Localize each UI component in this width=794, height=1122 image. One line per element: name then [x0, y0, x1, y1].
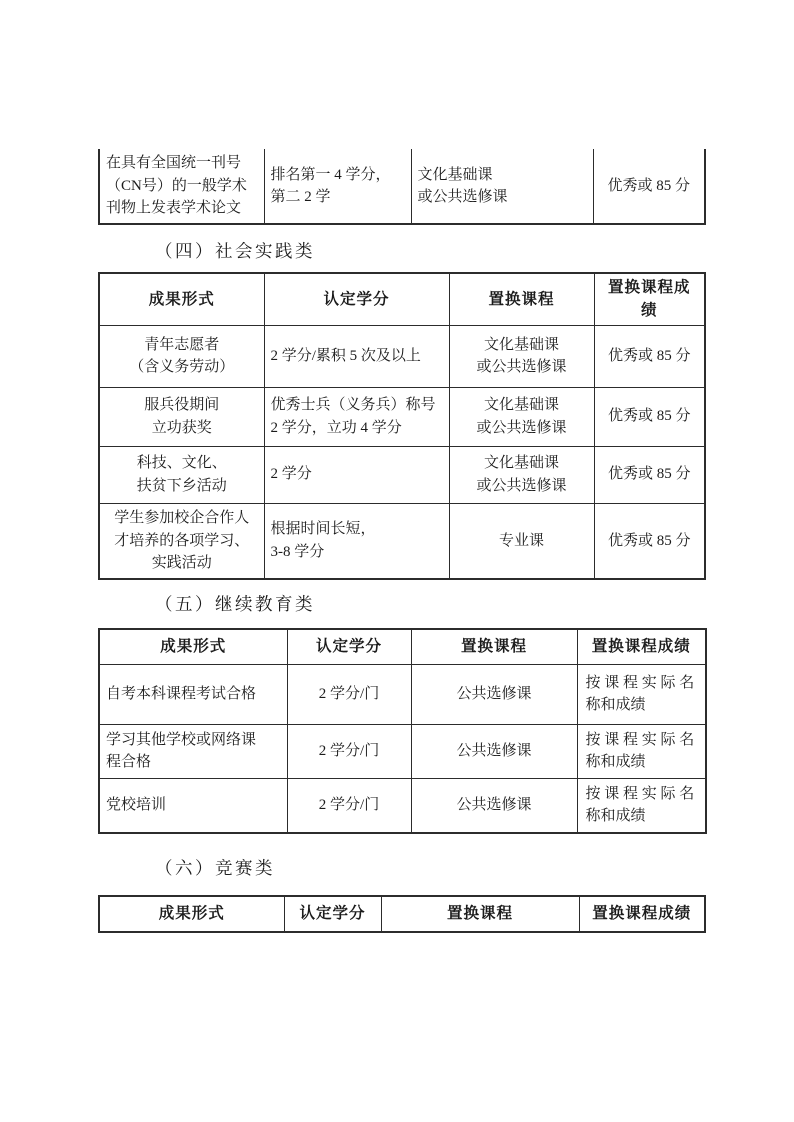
table-header-row: 成果形式 认定学分 置换课程 置换课程成绩 [99, 629, 706, 664]
table-cell: 优秀或 85 分 [594, 325, 705, 387]
table-row: 学习其他学校或网络课 程合格 2 学分/门 公共选修课 按 课 程 实 际 名 … [99, 724, 706, 778]
table-cell: 公共选修课 [411, 664, 577, 724]
table-cell: 优秀士兵（义务兵）称号 2 学分，立功 4 学分 [264, 387, 449, 446]
table-cell: 公共选修课 [411, 778, 577, 833]
table-cell: 2 学分 [264, 446, 449, 503]
table-cell: 党校培训 [99, 778, 287, 833]
column-header: 认定学分 [264, 273, 449, 325]
table-cell: 科技、文化、 扶贫下乡活动 [99, 446, 264, 503]
table-cell: 文化基础课 或公共选修课 [449, 325, 594, 387]
column-header: 置换课程成绩 [594, 273, 705, 325]
table-cell: 文化基础课 或公共选修课 [449, 387, 594, 446]
table-cell: 优秀或 85 分 [594, 446, 705, 503]
table-cell: 排名第一 4 学分， 第二 2 学 [264, 149, 411, 224]
column-header: 成果形式 [99, 896, 284, 932]
table-header-row: 成果形式 认定学分 置换课程 置换课程成绩 [99, 896, 705, 932]
table-row: 党校培训 2 学分/门 公共选修课 按 课 程 实 际 名 称和成绩 [99, 778, 706, 833]
document-page: 在具有全国统一刊号 （CN号）的一般学术 刊物上发表学术论文 排名第一 4 学分… [0, 0, 794, 1122]
table-row: 科技、文化、 扶贫下乡活动 2 学分 文化基础课 或公共选修课 优秀或 85 分 [99, 446, 705, 503]
column-header: 成果形式 [99, 273, 264, 325]
column-header: 置换课程 [411, 629, 577, 664]
table-cell: 2 学分/门 [287, 724, 411, 778]
column-header: 认定学分 [287, 629, 411, 664]
table-cell: 服兵役期间 立功获奖 [99, 387, 264, 446]
table-cell: 专业课 [449, 503, 594, 579]
table-row: 服兵役期间 立功获奖 优秀士兵（义务兵）称号 2 学分，立功 4 学分 文化基础… [99, 387, 705, 446]
table-cell: 学生参加校企合作人 才培养的各项学习、 实践活动 [99, 503, 264, 579]
table-cell: 青年志愿者 （含义务劳动） [99, 325, 264, 387]
table-cell: 2 学分/门 [287, 664, 411, 724]
table-row: 在具有全国统一刊号 （CN号）的一般学术 刊物上发表学术论文 排名第一 4 学分… [99, 149, 705, 224]
table-cell: 按 课 程 实 际 名 称和成绩 [577, 724, 706, 778]
table-row: 学生参加校企合作人 才培养的各项学习、 实践活动 根据时间长短， 3-8 学分 … [99, 503, 705, 579]
column-header: 置换课程 [449, 273, 594, 325]
column-header: 成果形式 [99, 629, 287, 664]
social-practice-table: 成果形式 认定学分 置换课程 置换课程成绩 青年志愿者 （含义务劳动） 2 学分… [98, 272, 706, 580]
table-row: 青年志愿者 （含义务劳动） 2 学分/累积 5 次及以上 文化基础课 或公共选修… [99, 325, 705, 387]
table-header-row: 成果形式 认定学分 置换课程 置换课程成绩 [99, 273, 705, 325]
table-cell: 优秀或 85 分 [594, 387, 705, 446]
continuation-table: 在具有全国统一刊号 （CN号）的一般学术 刊物上发表学术论文 排名第一 4 学分… [98, 149, 706, 225]
section-heading-6: （六）竞赛类 [155, 855, 275, 880]
column-header: 认定学分 [284, 896, 381, 932]
table-row: 自考本科课程考试合格 2 学分/门 公共选修课 按 课 程 实 际 名 称和成绩 [99, 664, 706, 724]
competition-table: 成果形式 认定学分 置换课程 置换课程成绩 [98, 895, 706, 933]
table-cell: 按 课 程 实 际 名 称和成绩 [577, 664, 706, 724]
column-header: 置换课程 [381, 896, 579, 932]
section-heading-5: （五）继续教育类 [155, 591, 315, 616]
table-cell: 2 学分/门 [287, 778, 411, 833]
table-cell: 公共选修课 [411, 724, 577, 778]
table-cell: 2 学分/累积 5 次及以上 [264, 325, 449, 387]
column-header: 置换课程成绩 [577, 629, 706, 664]
table-cell: 优秀或 85 分 [593, 149, 705, 224]
table-cell: 文化基础课 或公共选修课 [449, 446, 594, 503]
table-cell: 学习其他学校或网络课 程合格 [99, 724, 287, 778]
continuing-education-table: 成果形式 认定学分 置换课程 置换课程成绩 自考本科课程考试合格 2 学分/门 … [98, 628, 707, 834]
table-cell: 按 课 程 实 际 名 称和成绩 [577, 778, 706, 833]
table-cell: 优秀或 85 分 [594, 503, 705, 579]
table-cell: 根据时间长短， 3-8 学分 [264, 503, 449, 579]
table-cell: 自考本科课程考试合格 [99, 664, 287, 724]
table-cell: 文化基础课 或公共选修课 [411, 149, 593, 224]
table-cell: 在具有全国统一刊号 （CN号）的一般学术 刊物上发表学术论文 [99, 149, 264, 224]
column-header: 置换课程成绩 [579, 896, 705, 932]
section-heading-4: （四）社会实践类 [155, 238, 315, 263]
